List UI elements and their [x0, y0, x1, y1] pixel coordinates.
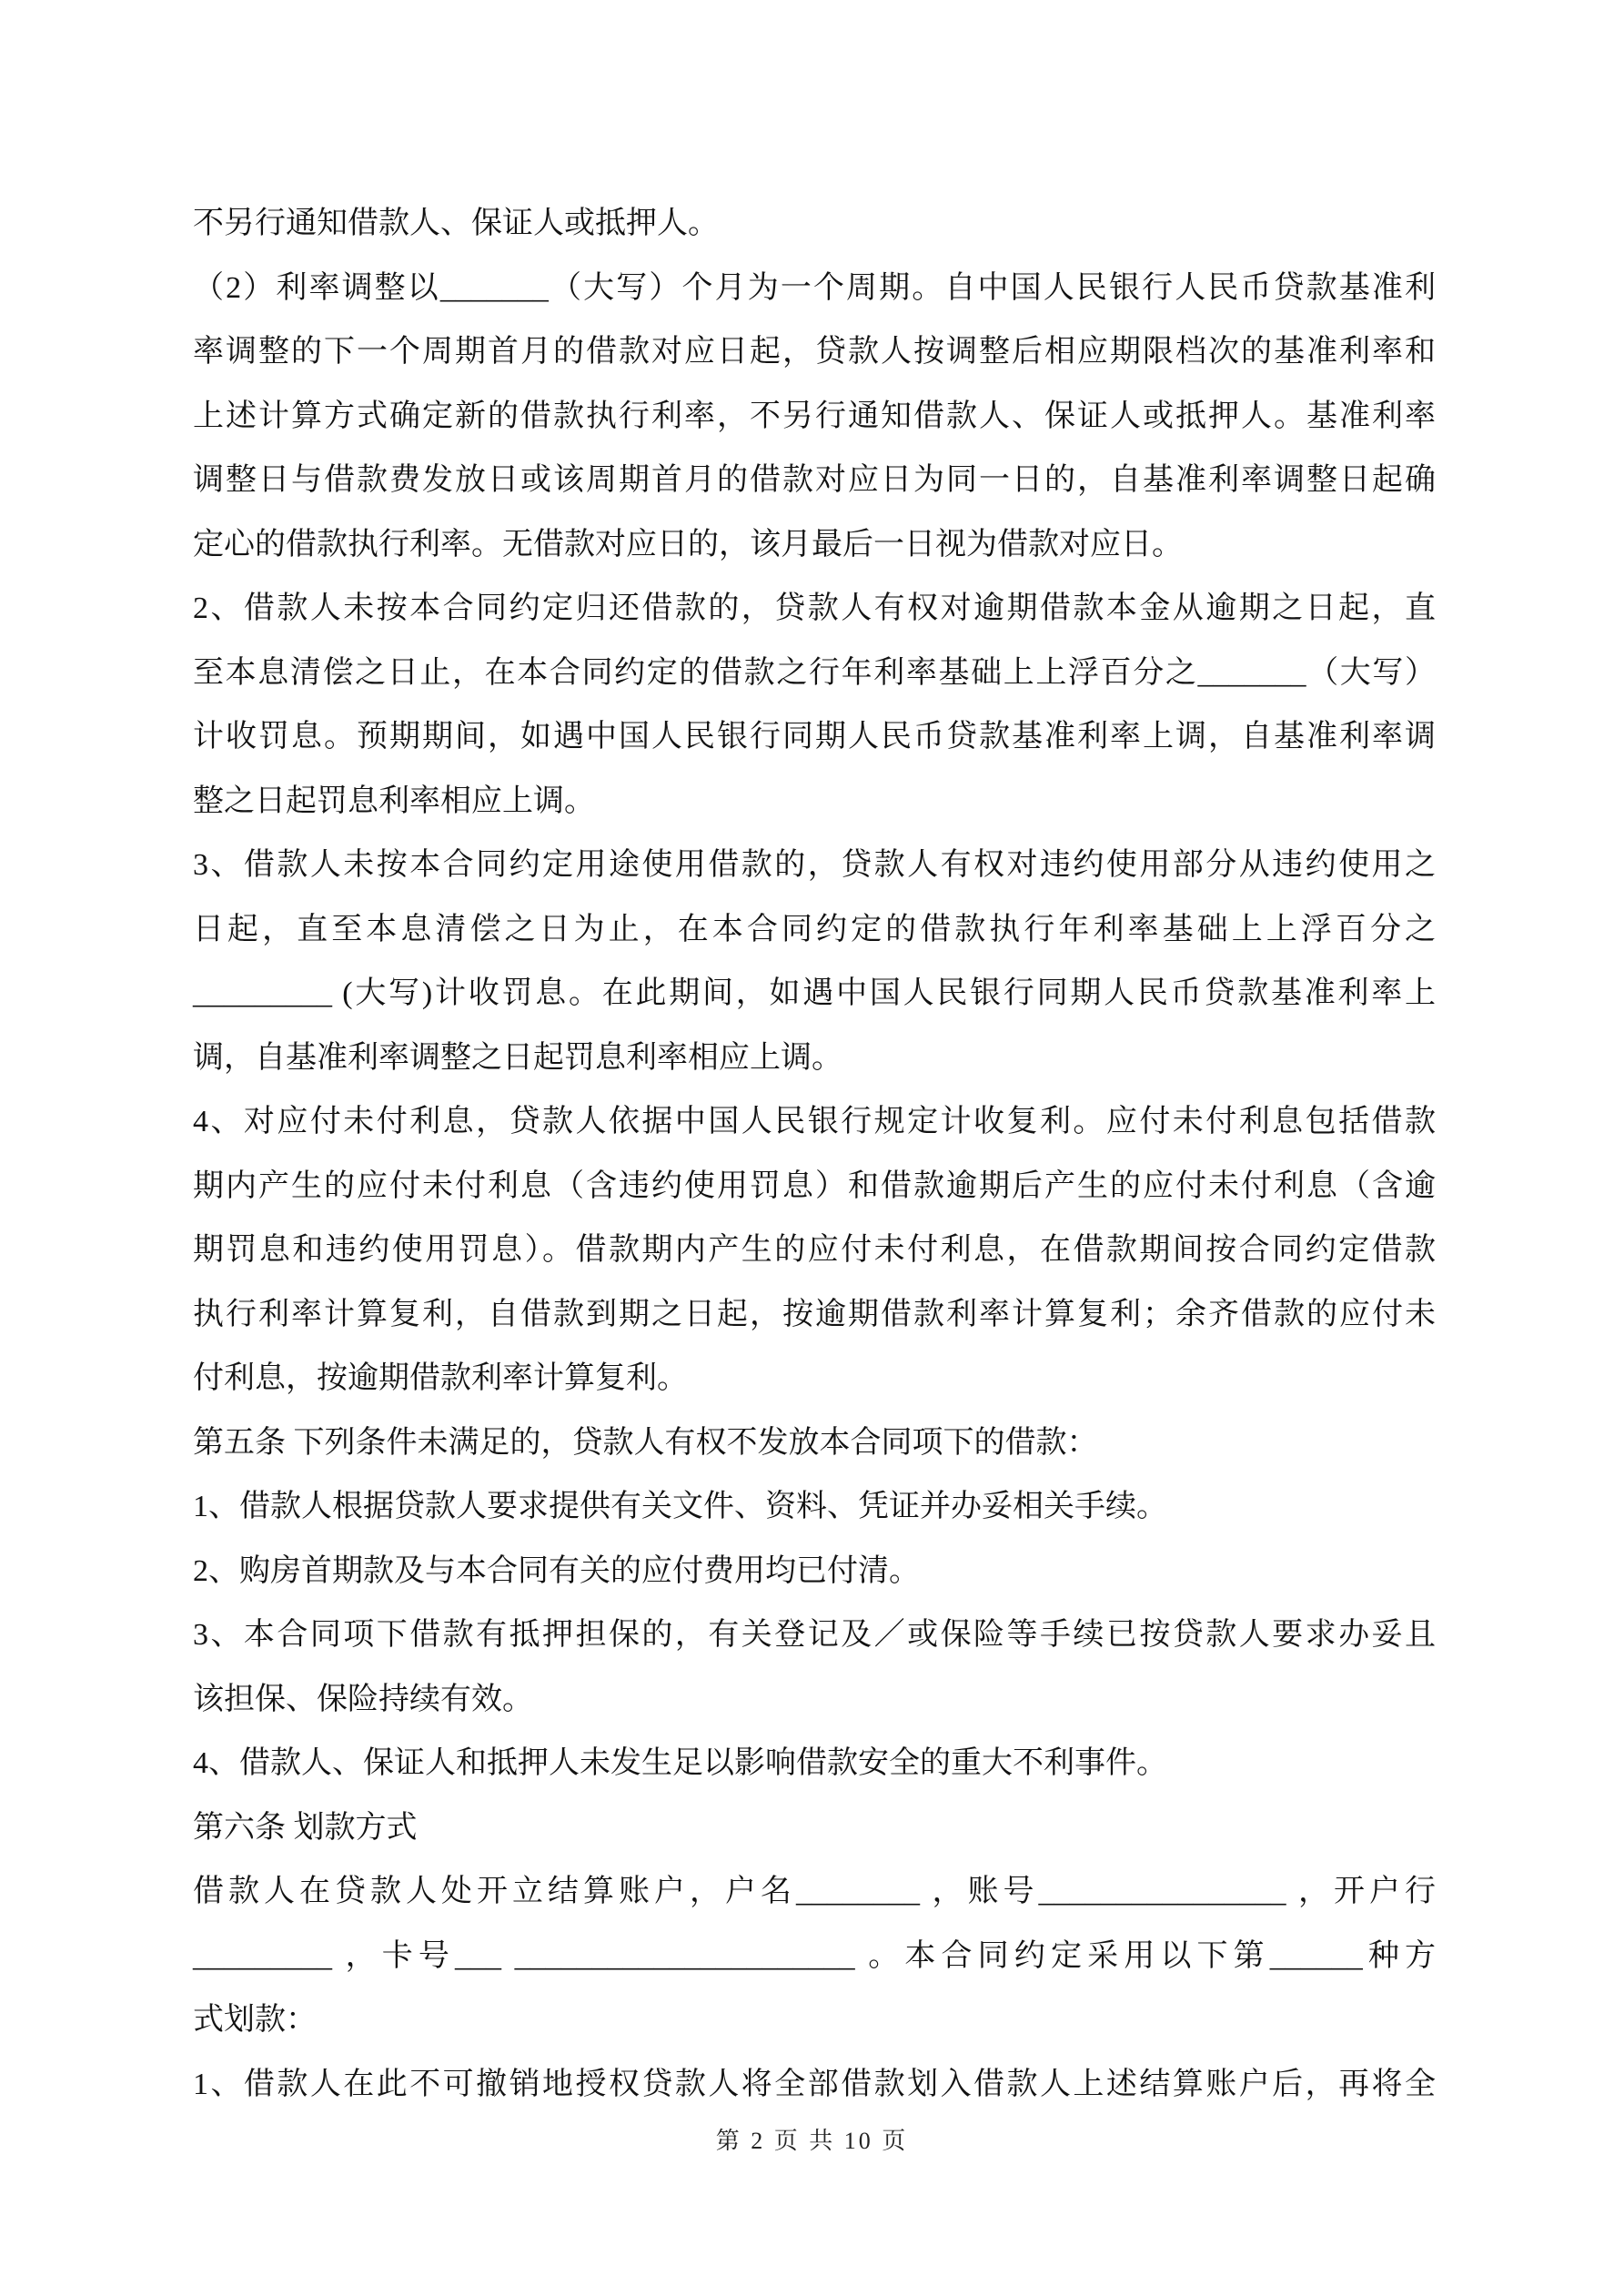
text-line: （2）利率调整以_______（大写）个月为一个周期。自中国人民银行人民币贷款基…	[193, 257, 1436, 321]
text-line: _________ ，卡号___ ______________________ …	[193, 1925, 1436, 1989]
text-line: 1、借款人根据贷款人要求提供有关文件、资料、凭证并办妥相关手续。	[193, 1475, 1436, 1540]
text-line: 付利息，按逾期借款利率计算复利。	[193, 1347, 1436, 1411]
page-number-footer: 第 2 页 共 10 页	[0, 2122, 1624, 2156]
text-line: 定心的借款执行利率。无借款对应日的，该月最后一日视为借款对应日。	[193, 513, 1436, 578]
text-line: 式划款：	[193, 1988, 1436, 2053]
text-line: 整之日起罚息利率相应上调。	[193, 770, 1436, 834]
text-line: 计收罚息。预期期间，如遇中国人民银行同期人民币贷款基准利率上调，自基准利率调	[193, 705, 1436, 770]
text-line: 率调整的下一个周期首月的借款对应日起，贷款人按调整后相应期限档次的基准利率和	[193, 320, 1436, 385]
text-line: 2、购房首期款及与本合同有关的应付费用均已付清。	[193, 1540, 1436, 1604]
text-line: 第五条 下列条件未满足的，贷款人有权不发放本合同项下的借款：	[193, 1411, 1436, 1476]
contract-page: 不另行通知借款人、保证人或抵押人。（2）利率调整以_______（大写）个月为一…	[0, 0, 1624, 2296]
text-line: 4、对应付未付利息，贷款人依据中国人民银行规定计收复利。应付未付利息包括借款	[193, 1090, 1436, 1155]
text-line: 2、借款人未按本合同约定归还借款的，贷款人有权对逾期借款本金从逾期之日起，直	[193, 577, 1436, 642]
text-line: 执行利率计算复利，自借款到期之日起，按逾期借款利率计算复利；余齐借款的应付未	[193, 1283, 1436, 1348]
text-line: 4、借款人、保证人和抵押人未发生足以影响借款安全的重大不利事件。	[193, 1732, 1436, 1796]
text-line: 借款人在贷款人处开立结算账户，户名________ ，账号___________…	[193, 1860, 1436, 1925]
text-line: 期内产生的应付未付利息（含违约使用罚息）和借款逾期后产生的应付未付利息（含逾	[193, 1155, 1436, 1219]
text-line: 调整日与借款费发放日或该周期首月的借款对应日为同一日的，自基准利率调整日起确	[193, 449, 1436, 513]
text-line: _________ (大写)计收罚息。在此期间，如遇中国人民银行同期人民币贷款基…	[193, 962, 1436, 1027]
text-line: 该担保、保险持续有效。	[193, 1668, 1436, 1733]
text-line: 3、本合同项下借款有抵押担保的，有关登记及／或保险等手续已按贷款人要求办妥且	[193, 1603, 1436, 1668]
text-line: 期罚息和违约使用罚息）。借款期内产生的应付未付利息，在借款期间按合同约定借款	[193, 1219, 1436, 1283]
text-line: 日起，直至本息清偿之日为止，在本合同约定的借款执行年利率基础上上浮百分之	[193, 898, 1436, 963]
text-line: 3、借款人未按本合同约定用途使用借款的，贷款人有权对违约使用部分从违约使用之	[193, 834, 1436, 898]
text-line: 不另行通知借款人、保证人或抵押人。	[193, 192, 1436, 257]
text-line: 第六条 划款方式	[193, 1796, 1436, 1861]
document-body: 不另行通知借款人、保证人或抵押人。（2）利率调整以_______（大写）个月为一…	[193, 192, 1436, 2117]
text-line: 调，自基准利率调整之日起罚息利率相应上调。	[193, 1027, 1436, 1091]
text-line: 至本息清偿之日止，在本合同约定的借款之行年利率基础上上浮百分之_______（大…	[193, 642, 1436, 706]
text-line: 上述计算方式确定新的借款执行利率，不另行通知借款人、保证人或抵押人。基准利率	[193, 385, 1436, 450]
text-line: 1、借款人在此不可撤销地授权贷款人将全部借款划入借款人上述结算账户后，再将全	[193, 2053, 1436, 2118]
